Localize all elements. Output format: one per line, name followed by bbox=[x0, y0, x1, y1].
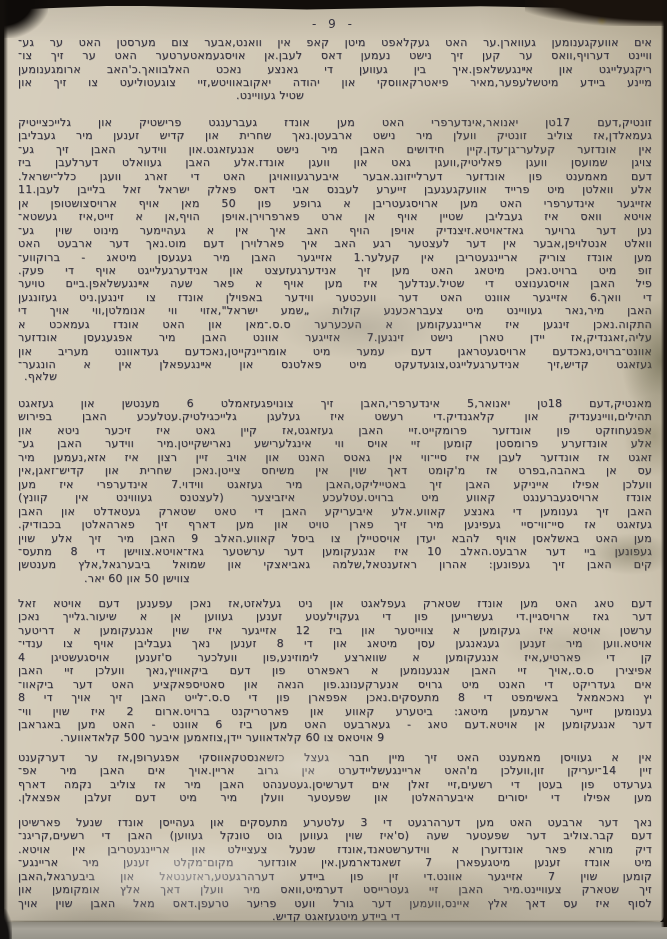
paragraph-2-last-line: שלאף. bbox=[24, 370, 57, 383]
scanner-left-edge bbox=[0, 0, 8, 931]
paragraph-4-last-line: 9 אויטאס צו 60 קלאדאווער יידן,צוזאמען אי… bbox=[60, 731, 384, 744]
paragraph-3-last-line: צווישן 50 און 60 יאר. bbox=[84, 572, 190, 585]
scanned-document-page: - 9 - אים אוועקגענומען געווארן.ער האט גע… bbox=[0, 0, 667, 939]
paper-sheet: - 9 - אים אוועקגענומען געווארן.ער האט גע… bbox=[4, 6, 664, 923]
scanner-right-edge bbox=[661, 0, 667, 927]
paragraph-6: נאך דער ארבעט האט מען דערהרגעט די 3 עלטע… bbox=[18, 816, 652, 910]
paragraph-1: אים אוועקגענומען געווארן.ער האט געקלאפט … bbox=[18, 36, 652, 90]
paragraph-2: זונטיק,דעם 17טן יאנואר,אינדערפרי האט מען… bbox=[18, 116, 652, 372]
paragraph-5: אין א געוויסן מאמענט האט זיך מיין חבר גע… bbox=[18, 751, 652, 805]
paragraph-4: דעם טאג האט מען אונדז שטארק געפלאגט און … bbox=[18, 597, 652, 732]
paragraph-1-last-line: שטיל געוויינט. bbox=[236, 89, 304, 102]
scanner-bottom-left-corner bbox=[0, 909, 12, 939]
paragraph-3: מאנטיק,דעם 18טן יאנואר,5 אינדערפרי,האבן … bbox=[18, 397, 652, 572]
scanner-bottom-edge bbox=[0, 922, 667, 939]
scanner-top-right-corner bbox=[525, 0, 667, 26]
